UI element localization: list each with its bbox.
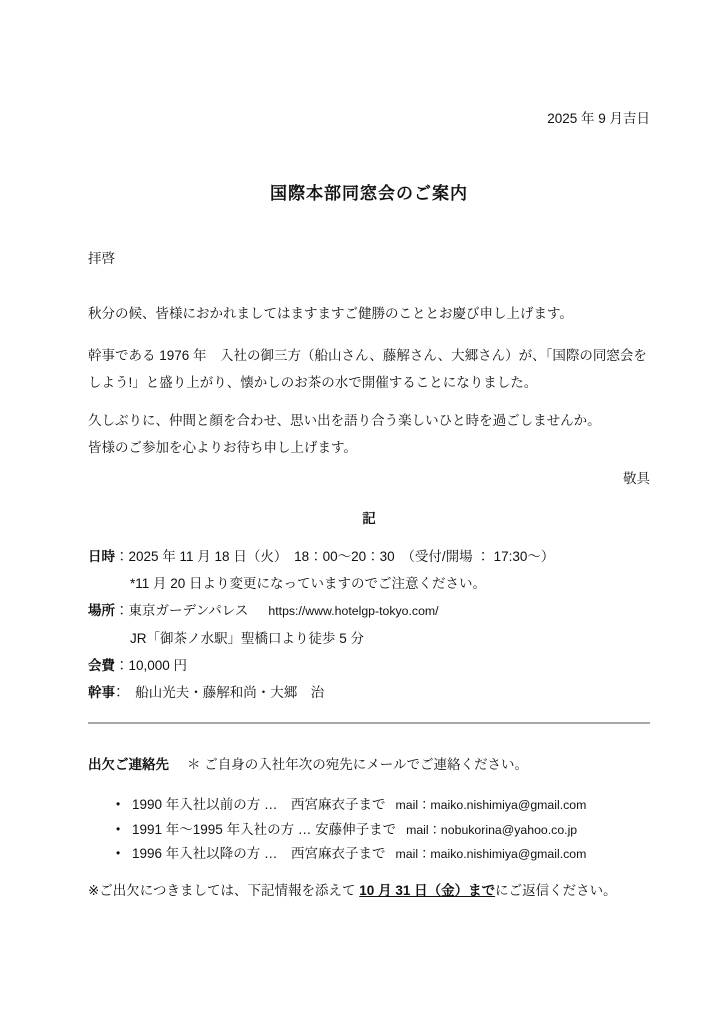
contact-group: 1990 年入社以前の方 … 西宮麻衣子まで <box>132 797 386 812</box>
venue-label: 場所 <box>88 603 115 618</box>
bullet-icon: • <box>116 793 132 817</box>
detail-organizer: 幹事： 船山光夫・藤解和尚・大郷 治 <box>88 679 650 706</box>
detail-datetime: 日時：2025 年 11 月 18 日（火） 18：00～20：30 （受付/開… <box>88 543 650 570</box>
salutation: 拝啓 <box>88 245 650 272</box>
body2-line2: 皆様のご参加を心よりお待ち申し上げます。 <box>88 434 650 461</box>
contact-heading: 出欠ご連絡先 <box>88 757 169 772</box>
body1-line1: 幹事である 1976 年 入社の御三方（船山さん、藤解さん、大郷さん）が、「国際… <box>88 342 650 369</box>
reply-deadline-note: ※ご出欠につきましては、下記情報を添えて 10 月 31 日（金）までにご返信く… <box>88 877 650 904</box>
fee-label: 会費 <box>88 658 115 673</box>
contact-group: 1991 年～1995 年入社の方 … 安藤伸子まで <box>132 822 396 837</box>
event-details: 日時：2025 年 11 月 18 日（火） 18：00～20：30 （受付/開… <box>88 543 650 706</box>
detail-access: JR「御茶ノ水駅」聖橋口より徒歩 5 分 <box>88 625 650 652</box>
contact-mail: mail：nobukorina@yahoo.co.jp <box>406 823 577 837</box>
contact-item: •1990 年入社以前の方 … 西宮麻衣子までmail：maiko.nishim… <box>116 793 650 818</box>
bullet-icon: • <box>116 842 132 866</box>
contact-list: •1990 年入社以前の方 … 西宮麻衣子までmail：maiko.nishim… <box>88 793 650 867</box>
letter-date: 2025 年 9 月吉日 <box>88 105 650 132</box>
organizer-label: 幹事 <box>88 685 115 700</box>
record-marker-ki: 記 <box>88 505 650 532</box>
body-paragraph-2: 久しぶりに、仲間と顔を合わせ、思い出を語り合う楽しいひと時を過ごしませんか。 皆… <box>88 407 650 461</box>
detail-venue: 場所：東京ガーデンパレスhttps://www.hotelgp-tokyo.co… <box>88 597 650 625</box>
datetime-value: ：2025 年 11 月 18 日（火） 18：00～20：30 （受付/開場 … <box>115 549 554 564</box>
contact-heading-line: 出欠ご連絡先＊ ご自身の入社年次の宛先にメールでご連絡ください。 <box>88 751 650 778</box>
reply-prefix: ※ご出欠につきましては、下記情報を添えて <box>88 883 359 898</box>
body-paragraph-1: 幹事である 1976 年 入社の御三方（船山さん、藤解さん、大郷さん）が、「国際… <box>88 342 650 396</box>
contact-mail: mail：maiko.nishimiya@gmail.com <box>396 847 587 861</box>
body1-line2: しよう!」と盛り上がり、懐かしのお茶の水で開催することになりました。 <box>88 369 650 396</box>
closing-keigu: 敬具 <box>88 465 650 492</box>
contact-group: 1996 年入社以降の方 … 西宮麻衣子まで <box>132 846 386 861</box>
datetime-label: 日時 <box>88 549 115 564</box>
section-divider <box>88 722 650 724</box>
body2-line1: 久しぶりに、仲間と顔を合わせ、思い出を語り合う楽しいひと時を過ごしませんか。 <box>88 407 650 434</box>
venue-url: https://www.hotelgp-tokyo.com/ <box>268 604 438 618</box>
reply-deadline: 10 月 31 日（金）まで <box>359 883 495 898</box>
detail-fee: 会費：10,000 円 <box>88 652 650 679</box>
venue-value: ：東京ガーデンパレス <box>115 603 248 618</box>
bullet-icon: • <box>116 818 132 842</box>
reply-suffix: にご返信ください。 <box>495 883 617 898</box>
fee-value: ：10,000 円 <box>115 658 187 673</box>
contact-mail: mail：maiko.nishimiya@gmail.com <box>396 798 587 812</box>
contact-item: •1991 年～1995 年入社の方 … 安藤伸子までmail：nobukori… <box>116 818 650 843</box>
greeting-paragraph: 秋分の候、皆様におかれましてはますますご健勝のこととお慶び申し上げます。 <box>88 300 650 327</box>
contact-item: •1996 年入社以降の方 … 西宮麻衣子までmail：maiko.nishim… <box>116 842 650 867</box>
letter-page: 2025 年 9 月吉日 国際本部同窓会のご案内 拝啓 秋分の候、皆様におかれま… <box>0 0 724 1024</box>
contact-note: ＊ ご自身の入社年次の宛先にメールでご連絡ください。 <box>187 757 528 772</box>
organizer-value: ： 船山光夫・藤解和尚・大郷 治 <box>115 685 324 700</box>
detail-datetime-note: *11 月 20 日より変更になっていますのでご注意ください。 <box>88 570 650 597</box>
letter-title: 国際本部同窓会のご案内 <box>88 180 650 207</box>
